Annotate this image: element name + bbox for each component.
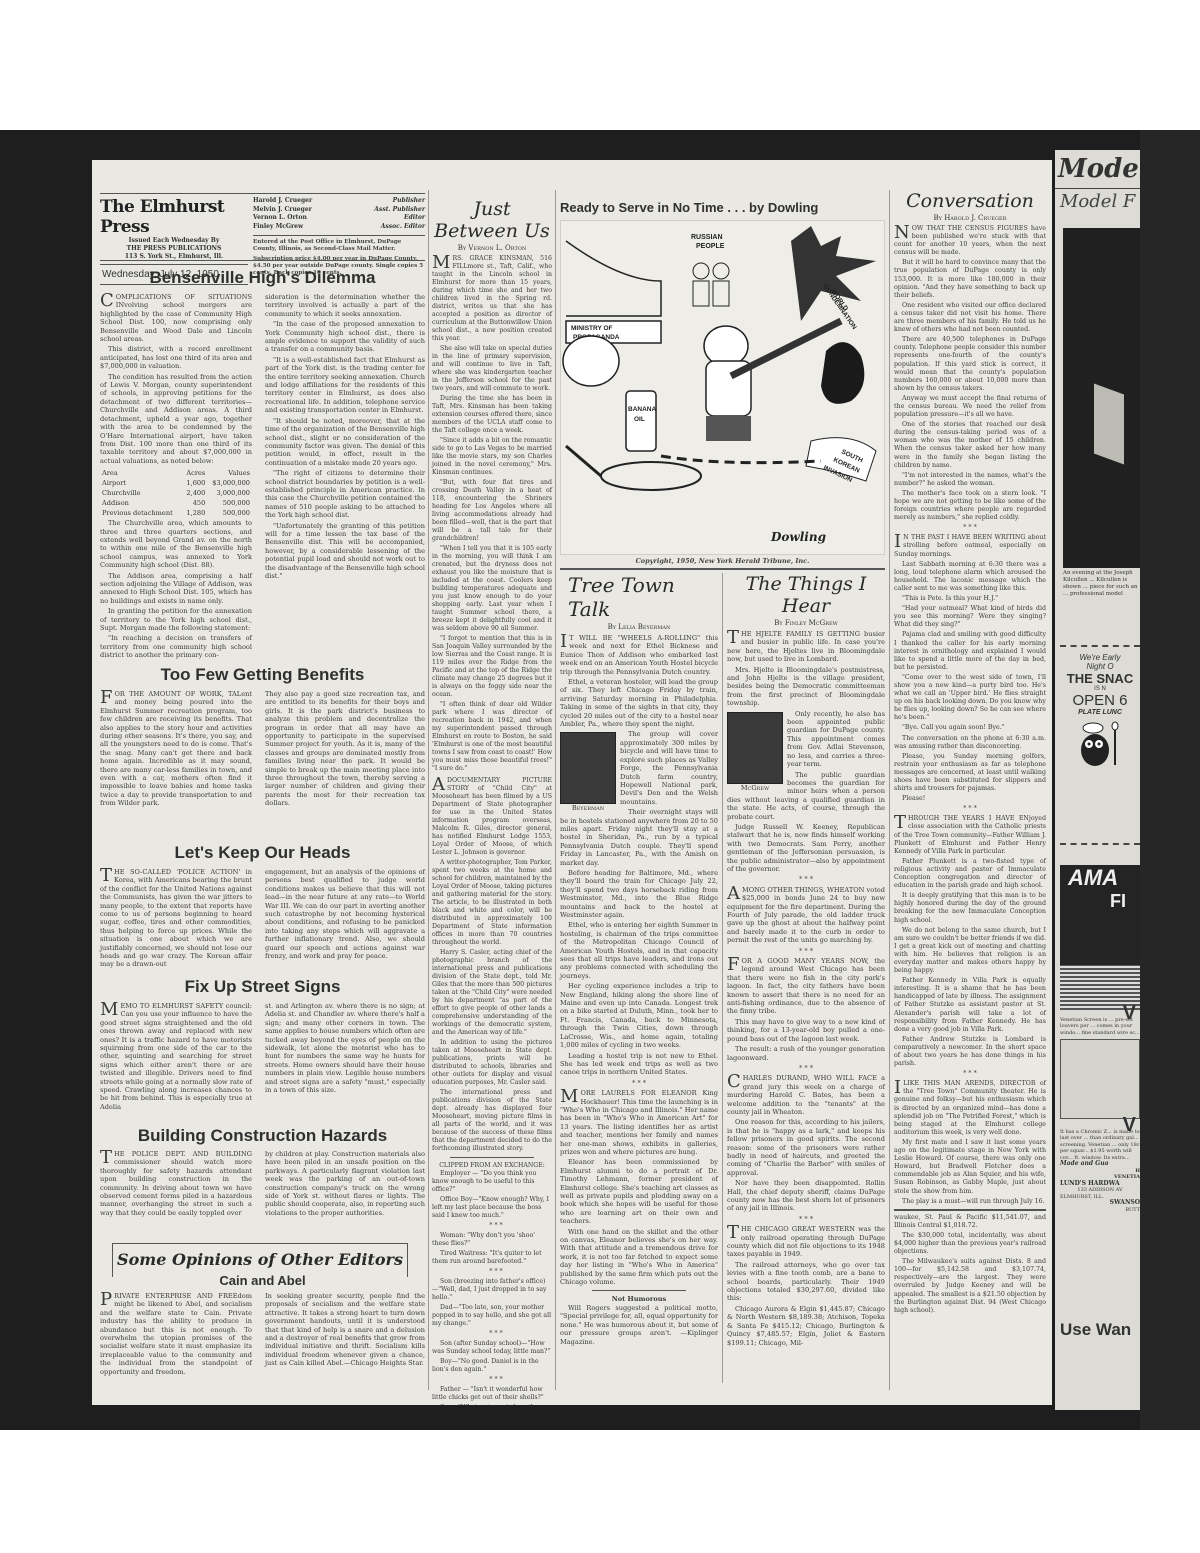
snack-ad-line2: Night O	[1060, 662, 1140, 671]
adjacent-header-model: Model	[1055, 150, 1140, 189]
clipped-title: CLIPPED FROM AN EXCHANGE:	[432, 1162, 552, 1170]
headline-things-i-hear: The Things I Hear	[727, 573, 885, 617]
headline-just-between-us: Just Between Us	[432, 198, 552, 242]
snack-ad-plate-lunch: PLATE LUNC	[1060, 709, 1140, 716]
opinions-banner: Some Opinions of Other Editors	[113, 1250, 407, 1269]
venetian-ad-text1: Venetian Screen is ... pre-set louvers p…	[1060, 1017, 1140, 1037]
masthead-publisher-org: THE PRESS PUBLICATIONS	[100, 245, 248, 253]
article-keep-heads-col2: engagement, but an analysis of the opini…	[265, 868, 425, 962]
article-street-signs-col1: MEMO TO ELMHURST SAFETY council: Can you…	[100, 1002, 252, 1113]
amaz-ad-line2: FI	[1060, 891, 1140, 912]
cartoon-copyright: Copyright, 1950, New York Herald Tribune…	[560, 557, 885, 565]
amaz-ad: AMA FI	[1060, 865, 1140, 965]
headline-construction-hazards: Building Construction Hazards	[100, 1126, 425, 1146]
article-benefits-col1: FOR THE AMOUNT OF WORK, TALent and money…	[100, 690, 252, 810]
venetian-ad-butt: BUTT	[1060, 1207, 1140, 1214]
not-humorous-title: Not Humorous	[560, 1295, 718, 1303]
cartoonist-signature: Dowling	[770, 530, 826, 544]
adjacent-header-model-2: Model F	[1055, 189, 1140, 214]
editorial-cartoon: RUSSIAN PEOPLE MINISTRY OF PROPAGANDA WO…	[560, 220, 885, 555]
article-bensenville-col1: COMPLICATIONS OF SITUATIONS INvolving sc…	[100, 293, 252, 662]
snack-ad-open: OPEN 6	[1060, 692, 1140, 709]
masthead-issued: Issued Each Wednesday By	[100, 237, 248, 245]
section-divider	[592, 1290, 687, 1291]
conversation-column: Conversation By Harold J. Crueger NOW TH…	[894, 190, 1046, 1317]
mcgrew-photo-block: McGrew	[727, 712, 783, 792]
adjacent-photo	[1063, 228, 1140, 568]
headline-tree-town-talk: Tree Town Talk	[560, 573, 718, 621]
mcgrew-photo	[727, 712, 783, 784]
things-i-hear-column: The Things I Hear By Finley McGrew THE H…	[727, 573, 885, 1349]
valuation-table: AreaAcresValues Airport1,600$3,000,000 C…	[100, 467, 252, 519]
column-rule	[889, 190, 890, 1390]
masthead-staff: Harold J. CruegerPublisher Melvin J. Cru…	[253, 197, 425, 277]
not-humorous-text: Will Rogers suggested a political motto,…	[560, 1304, 718, 1346]
entry-notice: Entered at the Post Office in Elmhurst, …	[253, 235, 425, 253]
staff-row: Harold J. CruegerPublisher	[253, 197, 425, 206]
cartoon-bottom-rule	[560, 568, 885, 570]
beyerman-photo-caption: Beyerman	[560, 804, 616, 812]
column-rule	[428, 190, 429, 1390]
byline-beyerman: By Lelia Beyerman	[560, 623, 718, 631]
article-cain-abel-col2: In seeking greater security, people find…	[265, 1292, 425, 1370]
venetian-ad-illustration	[1060, 1039, 1140, 1119]
headline-cain-abel: Cain and Abel	[100, 1273, 425, 1288]
opinions-banner-box: Some Opinions of Other Editors	[112, 1243, 408, 1277]
owl-chef-icon	[1075, 720, 1125, 780]
svg-text:BANANA: BANANA	[628, 406, 656, 413]
amaz-ad-line1: AMA	[1060, 865, 1140, 891]
staff-row: Melvin J. CruegerAsst. Publisher	[253, 206, 425, 215]
tree-town-talk-column: Tree Town Talk By Lelia Beyerman IT WILL…	[560, 573, 718, 1348]
mcgrew-photo-caption: McGrew	[727, 784, 783, 792]
masthead-bottom-rule	[100, 260, 425, 261]
venetian-screen-ad: V Venetian Screen is ... pre-set louvers…	[1060, 965, 1140, 1265]
article-just-between-us: MRS. GRACE KINSMAN, 516 FILLmore st., Ta…	[432, 255, 552, 1153]
cartoon-title: Ready to Serve in No Time . . . by Dowli…	[560, 200, 890, 215]
headline-street-signs: Fix Up Street Signs	[100, 977, 425, 997]
byline-orton: By Vernon L. Orton	[432, 244, 552, 252]
just-between-us-column: Just Between Us By Vernon L. Orton MRS. …	[432, 160, 552, 1405]
beyerman-photo-block: Beyerman	[560, 732, 616, 812]
svg-text:OIL: OIL	[634, 416, 645, 423]
snack-ad-name: THE SNAC	[1060, 671, 1140, 686]
snack-shop-ad: We're Early Night O THE SNAC IS N OPEN 6…	[1060, 645, 1140, 845]
article-bensenville-col2: sideration is the determination whether …	[265, 293, 425, 582]
venetian-ad-text2: It has a Chromic Z... is made to last ov…	[1060, 1129, 1140, 1162]
svg-text:MINISTRY OF: MINISTRY OF	[571, 325, 613, 332]
article-cain-abel-col1: PRIVATE ENTERPRISE AND FREEdom might be …	[100, 1292, 252, 1378]
article-street-signs-col2: st. and Arlington av. where there is no …	[265, 1002, 425, 1096]
column-rule	[555, 190, 556, 1390]
scan-dark-edge	[1140, 130, 1200, 1430]
masthead	[100, 193, 425, 194]
headline-keep-heads: Let's Keep Our Heads	[100, 843, 425, 863]
article-benefits-col2: They also pay a good size recreation tax…	[265, 690, 425, 810]
article-things-i-hear: THE HJELTE FAMILY IS GETTING busier and …	[727, 630, 885, 1347]
article-hazards-col2: by children at play. Construction materi…	[265, 1150, 425, 1219]
headline-bensenville: Bensenville High's Dilemma	[100, 268, 425, 288]
byline-crueger: By Harold J. Crueger	[894, 214, 1046, 222]
article-tree-town-talk: IT WILL BE "WHEELS A-ROLLING" this week …	[560, 634, 718, 1346]
cartoon-illustration: RUSSIAN PEOPLE MINISTRY OF PROPAGANDA WO…	[561, 221, 885, 555]
byline-mcgrew: By Finley McGrew	[727, 619, 885, 627]
use-want-ads-banner: Use Wan	[1060, 1320, 1131, 1340]
beyerman-photo	[560, 732, 616, 804]
headline-benefits: Too Few Getting Benefits	[100, 665, 425, 685]
section-divider	[450, 1157, 534, 1158]
newspaper-page: The Elmhurst Press Issued Each Wednesday…	[92, 160, 1052, 1405]
section-divider	[894, 1209, 1046, 1211]
label-russian-people: RUSSIAN	[691, 234, 723, 241]
article-hazards-col1: THE POLICE DEPT. AND BUILDING commission…	[100, 1150, 252, 1219]
snack-ad-line1: We're Early	[1060, 653, 1140, 662]
staff-row: Vernon L. OrtonEditor	[253, 214, 425, 223]
adjacent-newspaper-page: Model Model F An evening at the Joseph K…	[1055, 150, 1140, 1410]
clipped-from-exchange: CLIPPED FROM AN EXCHANGE: Employer — "Do…	[432, 1162, 552, 1405]
adjacent-photo-caption: An evening at the Joseph Kilcullen ... K…	[1063, 570, 1140, 598]
article-keep-heads-col1: THE SO-CALLED 'POLICE ACTION' in Korea, …	[100, 868, 252, 971]
headline-conversation: Conversation	[894, 190, 1046, 212]
svg-text:PEOPLE: PEOPLE	[696, 243, 725, 250]
masthead-title: The Elmhurst Press	[100, 197, 248, 237]
column-rule	[722, 573, 723, 1383]
staff-row: Finley McGrewAssoc. Editor	[253, 223, 425, 232]
article-conversation: NOW THAT THE CENSUS FIGURES have been pu…	[894, 225, 1046, 1315]
